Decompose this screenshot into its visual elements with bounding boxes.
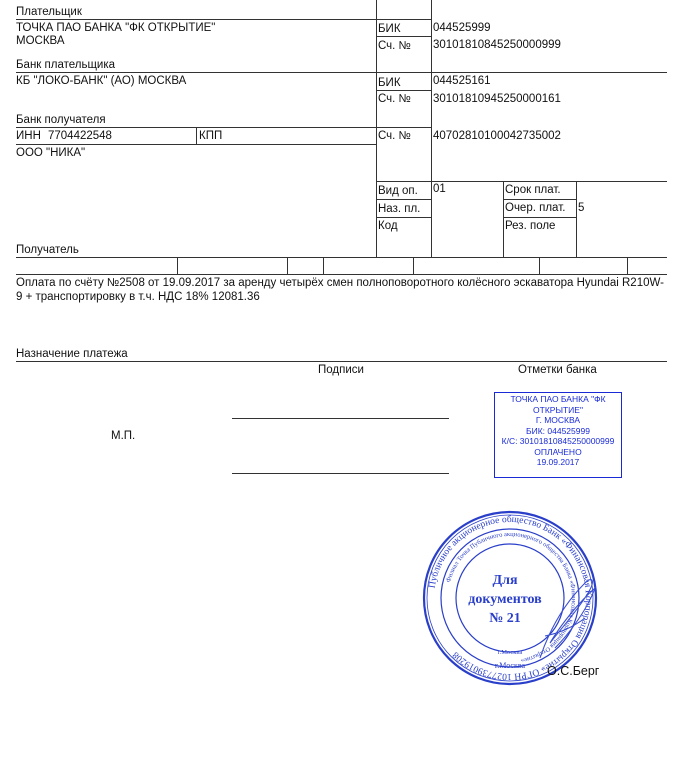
rule-srok-bottom: [503, 199, 576, 200]
payer-bik-label: БИК: [378, 23, 401, 36]
ocher-plat-label: Очер. плат.: [505, 202, 565, 215]
rule-ocher-bottom: [503, 217, 576, 218]
rule-purpose-label: [16, 361, 667, 362]
payment-purpose-text: Оплата по счёту №2508 от 19.09.2017 за а…: [16, 276, 666, 304]
seal-city-outer: г.Москва: [495, 661, 526, 670]
rule-b6: [627, 257, 628, 275]
recipient-account-label: Сч. №: [378, 130, 411, 143]
rule-extra-row-bottom: [16, 274, 667, 275]
rule-b1: [177, 257, 178, 275]
signature-line-2: [232, 473, 449, 474]
rule-col-376: [376, 0, 377, 257]
rule-b2: [287, 257, 288, 275]
kpp-label: КПП: [199, 130, 222, 143]
inn-value: 7704422548: [48, 130, 112, 143]
stamp-line: ТОЧКА ПАО БАНКА "ФК: [495, 394, 621, 405]
payer-bank-bik-value: 044525161: [433, 75, 491, 88]
payer-bank-account-value: 30101810945250000161: [433, 93, 561, 106]
rez-pole-label: Рез. поле: [505, 220, 555, 233]
rule-vidop-bottom: [376, 199, 431, 200]
recipient-label: Получатель: [16, 244, 79, 257]
rule-bik1-bottom: [376, 36, 431, 37]
recipient-name: ООО "НИКА": [16, 147, 85, 160]
vid-op-label: Вид оп.: [378, 185, 418, 198]
signature-line-1: [232, 418, 449, 419]
mp-label: М.П.: [111, 430, 135, 443]
rule-bik2-bottom: [376, 90, 431, 91]
seal-center-line2: документов: [468, 592, 542, 607]
seal-center-line1: Для: [492, 573, 517, 588]
round-seal-icon: Публичное акционерное общество Банк «Фин…: [410, 508, 610, 688]
seal-center-line3: № 21: [489, 611, 521, 626]
payer-name-line1: ТОЧКА ПАО БАНКА "ФК ОТКРЫТИЕ": [16, 22, 215, 35]
stamp-line: Г. МОСКВА: [495, 415, 621, 426]
rule-b5: [539, 257, 540, 275]
rule-kpp-left: [196, 127, 197, 145]
payer-name-line2: МОСКВА: [16, 35, 65, 48]
inn-label: ИНН: [16, 130, 41, 143]
stamp-line: ОТКРЫТИЕ": [495, 405, 621, 416]
payer-account-value: 30101810845250000999: [433, 39, 561, 52]
bank-paid-stamp: ТОЧКА ПАО БАНКА "ФК ОТКРЫТИЕ" Г. МОСКВА …: [494, 392, 622, 478]
payer-account-label: Сч. №: [378, 40, 411, 53]
rule-col-576: [576, 181, 577, 257]
rule-recipient-label: [16, 257, 667, 258]
rule-payer-top: [16, 19, 376, 20]
recipient-account-value: 40702810100042735002: [433, 130, 561, 143]
rule-payerbank-label: [16, 72, 667, 73]
srok-plat-label: Срок плат.: [505, 184, 561, 197]
stamp-line: БИК: 044525999: [495, 426, 621, 437]
rule-b3: [323, 257, 324, 275]
ocher-plat-value: 5: [578, 202, 584, 215]
stamp-line: ОПЛАЧЕНО: [495, 447, 621, 458]
rule-col-431: [431, 0, 432, 257]
payer-bank-label: Банк плательщика: [16, 59, 115, 72]
naz-pl-label: Наз. пл.: [378, 203, 420, 216]
rule-bik1-top: [376, 19, 431, 20]
rule-recipbank-label: [16, 127, 431, 128]
stamp-line: 19.09.2017: [495, 457, 621, 468]
signer-name: О.С.Берг: [547, 664, 599, 678]
payment-purpose-label: Назначение платежа: [16, 348, 128, 361]
rule-col-503: [503, 181, 504, 257]
kod-label: Код: [378, 220, 398, 233]
seal-city-inner: г.Москва: [498, 649, 523, 656]
rule-inn-bottom: [16, 144, 376, 145]
payer-bik-value: 044525999: [433, 22, 491, 35]
vid-op-value: 01: [433, 183, 446, 196]
rule-b4: [413, 257, 414, 275]
recipient-bank-label: Банк получателя: [16, 114, 106, 127]
payer-label: Плательщик: [16, 6, 82, 19]
payer-bank-name: КБ "ЛОКО-БАНК" (АО) МОСКВА: [16, 75, 186, 88]
rule-nazpl-bottom: [376, 217, 431, 218]
bank-marks-label: Отметки банка: [518, 364, 597, 377]
signatures-label: Подписи: [318, 364, 364, 377]
payer-bank-account-label: Сч. №: [378, 93, 411, 106]
stamp-line: К/С: 30101810845250000999: [495, 436, 621, 447]
rule-op-top: [376, 181, 667, 182]
payer-bank-bik-label: БИК: [378, 77, 401, 90]
